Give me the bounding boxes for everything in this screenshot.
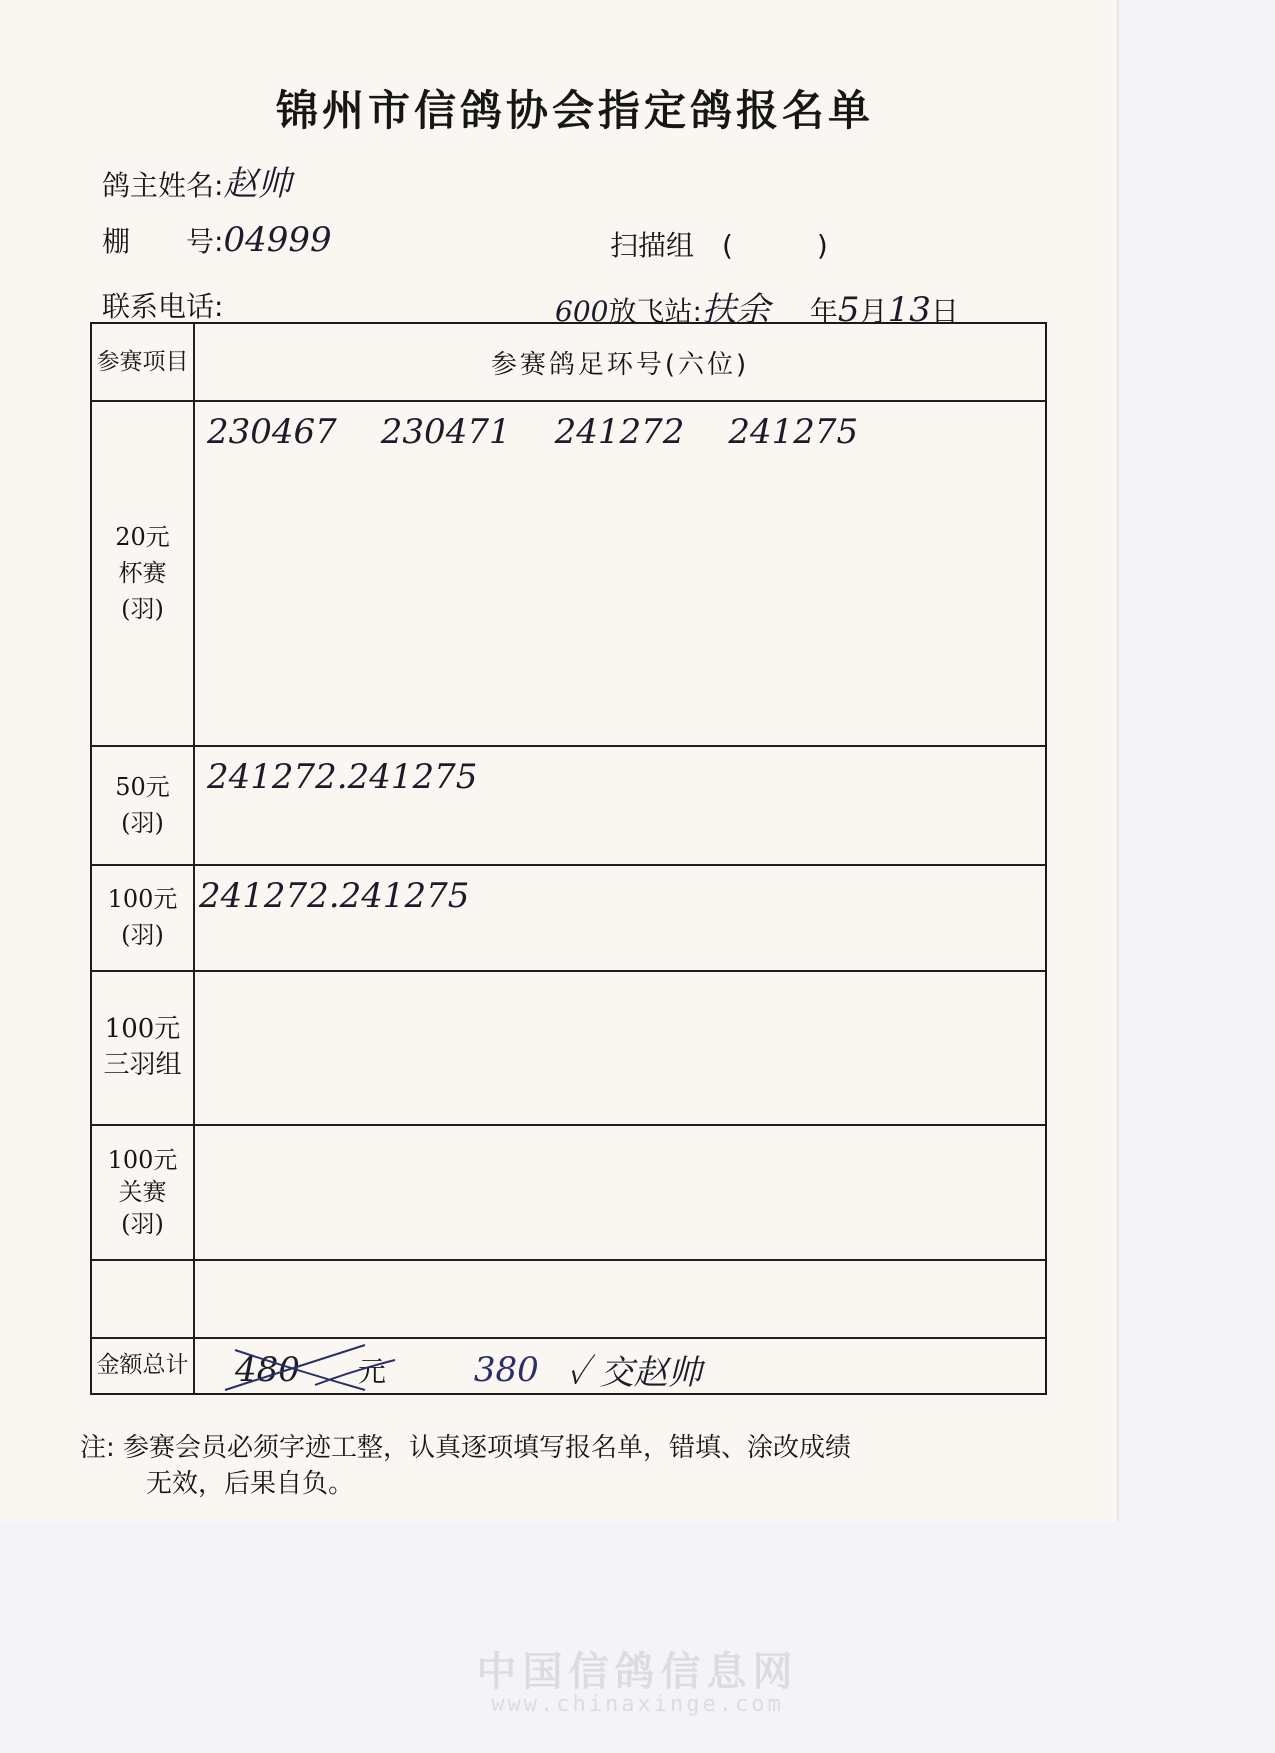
entry-table: 参赛项目 参赛鸽足环号(六位) 20元 杯赛 (羽) 230467 230471… — [90, 322, 1047, 1395]
rings-cell[interactable] — [195, 970, 1045, 1124]
ring-number: 241272 — [555, 412, 685, 452]
total-row: 金额总计 480 元 380 ✓ 交赵帅 — [92, 1337, 1045, 1393]
rings-cell[interactable] — [195, 1124, 1045, 1259]
loft-row: 棚 号:04999 — [102, 220, 332, 260]
rings-cell[interactable]: 241272.241275 — [195, 864, 1045, 970]
note-line-1: 注: 参赛会员必须字迹工整，认真逐项填写报名单，错填、涂改成绩 — [80, 1430, 1060, 1466]
table-row: 100元 关赛 (羽) — [92, 1124, 1045, 1261]
table-row — [92, 1259, 1045, 1339]
category-line: (羽) — [121, 805, 164, 841]
total-cell[interactable]: 480 元 380 ✓ 交赵帅 — [195, 1337, 1045, 1393]
rings-cell[interactable]: 230467 230471 241272 241275 — [195, 400, 1045, 745]
category-line: 50元 — [115, 769, 170, 805]
category-line: 100元 — [108, 881, 178, 917]
category-100: 100元 (羽) — [92, 864, 195, 970]
ring-number: 241275 — [728, 412, 858, 452]
rings-cell[interactable] — [195, 1259, 1045, 1337]
phone-row: 联系电话: — [102, 285, 223, 325]
corrected-note: ✓ 交赵帅 — [567, 1345, 702, 1394]
table-row: 20元 杯赛 (羽) 230467 230471 241272 241275 — [92, 400, 1045, 747]
category-line: 100元 — [105, 1011, 181, 1047]
watermark-cn: 中国信鸽信息网 — [0, 1640, 1275, 1697]
ring-numbers: 241272.241275 — [207, 757, 477, 797]
category-line: 关赛 — [119, 1176, 167, 1208]
table-header: 参赛项目 参赛鸽足环号(六位) — [92, 324, 1045, 402]
rings-header: 参赛鸽足环号(六位) — [195, 324, 1045, 400]
category-line: 杯赛 — [119, 555, 167, 591]
ring-numbers: 241272.241275 — [199, 876, 469, 916]
form-note: 注: 参赛会员必须字迹工整，认真逐项填写报名单，错填、涂改成绩 无效，后果自负。 — [80, 1430, 1060, 1502]
table-row: 100元 三羽组 — [92, 970, 1045, 1126]
table-row: 100元 (羽) 241272.241275 — [92, 864, 1045, 972]
total-label: 金额总计 — [92, 1337, 195, 1393]
table-row: 50元 (羽) 241272.241275 — [92, 745, 1045, 866]
category-line: (羽) — [121, 591, 164, 627]
ring-number: 230471 — [381, 412, 511, 452]
loft-label: 棚 号: — [102, 225, 223, 258]
strikethrough-mark — [215, 1340, 415, 1400]
total-corrected-amount: 380 — [474, 1350, 539, 1390]
loft-number-field[interactable]: 04999 — [223, 220, 331, 260]
category-line: (羽) — [121, 1208, 164, 1240]
category-100-pass: 100元 关赛 (羽) — [92, 1124, 195, 1259]
category-line: 20元 — [115, 519, 170, 555]
form-paper: 锦州市信鸽协会指定鸽报名单 鸽主姓名:赵帅 棚 号:04999 扫描组 ( ) … — [0, 0, 1119, 1522]
category-line: 100元 — [108, 1144, 178, 1176]
rings-cell[interactable]: 241272.241275 — [195, 745, 1045, 864]
category-line: 三羽组 — [103, 1047, 181, 1083]
category-header: 参赛项目 — [92, 324, 195, 400]
owner-row: 鸽主姓名:赵帅 — [102, 156, 291, 205]
ring-number: 230467 — [207, 412, 337, 452]
owner-label: 鸽主姓名: — [102, 169, 223, 202]
category-line: (羽) — [121, 917, 164, 953]
phone-label: 联系电话: — [102, 290, 223, 323]
category-100-three-bird: 100元 三羽组 — [92, 970, 195, 1124]
scan-group-field[interactable]: 扫描组 ( ) — [610, 224, 828, 264]
note-line-2: 无效，后果自负。 — [80, 1466, 1060, 1502]
watermark-url: www.chinaxinge.com — [0, 1692, 1275, 1717]
owner-name-field[interactable]: 赵帅 — [223, 164, 291, 204]
category-50: 50元 (羽) — [92, 745, 195, 864]
category-20-cup: 20元 杯赛 (羽) — [92, 400, 195, 745]
form-title: 锦州市信鸽协会指定鸽报名单 — [0, 78, 1150, 138]
category-empty — [92, 1259, 195, 1337]
total-struck-amount: 480 — [235, 1350, 300, 1390]
